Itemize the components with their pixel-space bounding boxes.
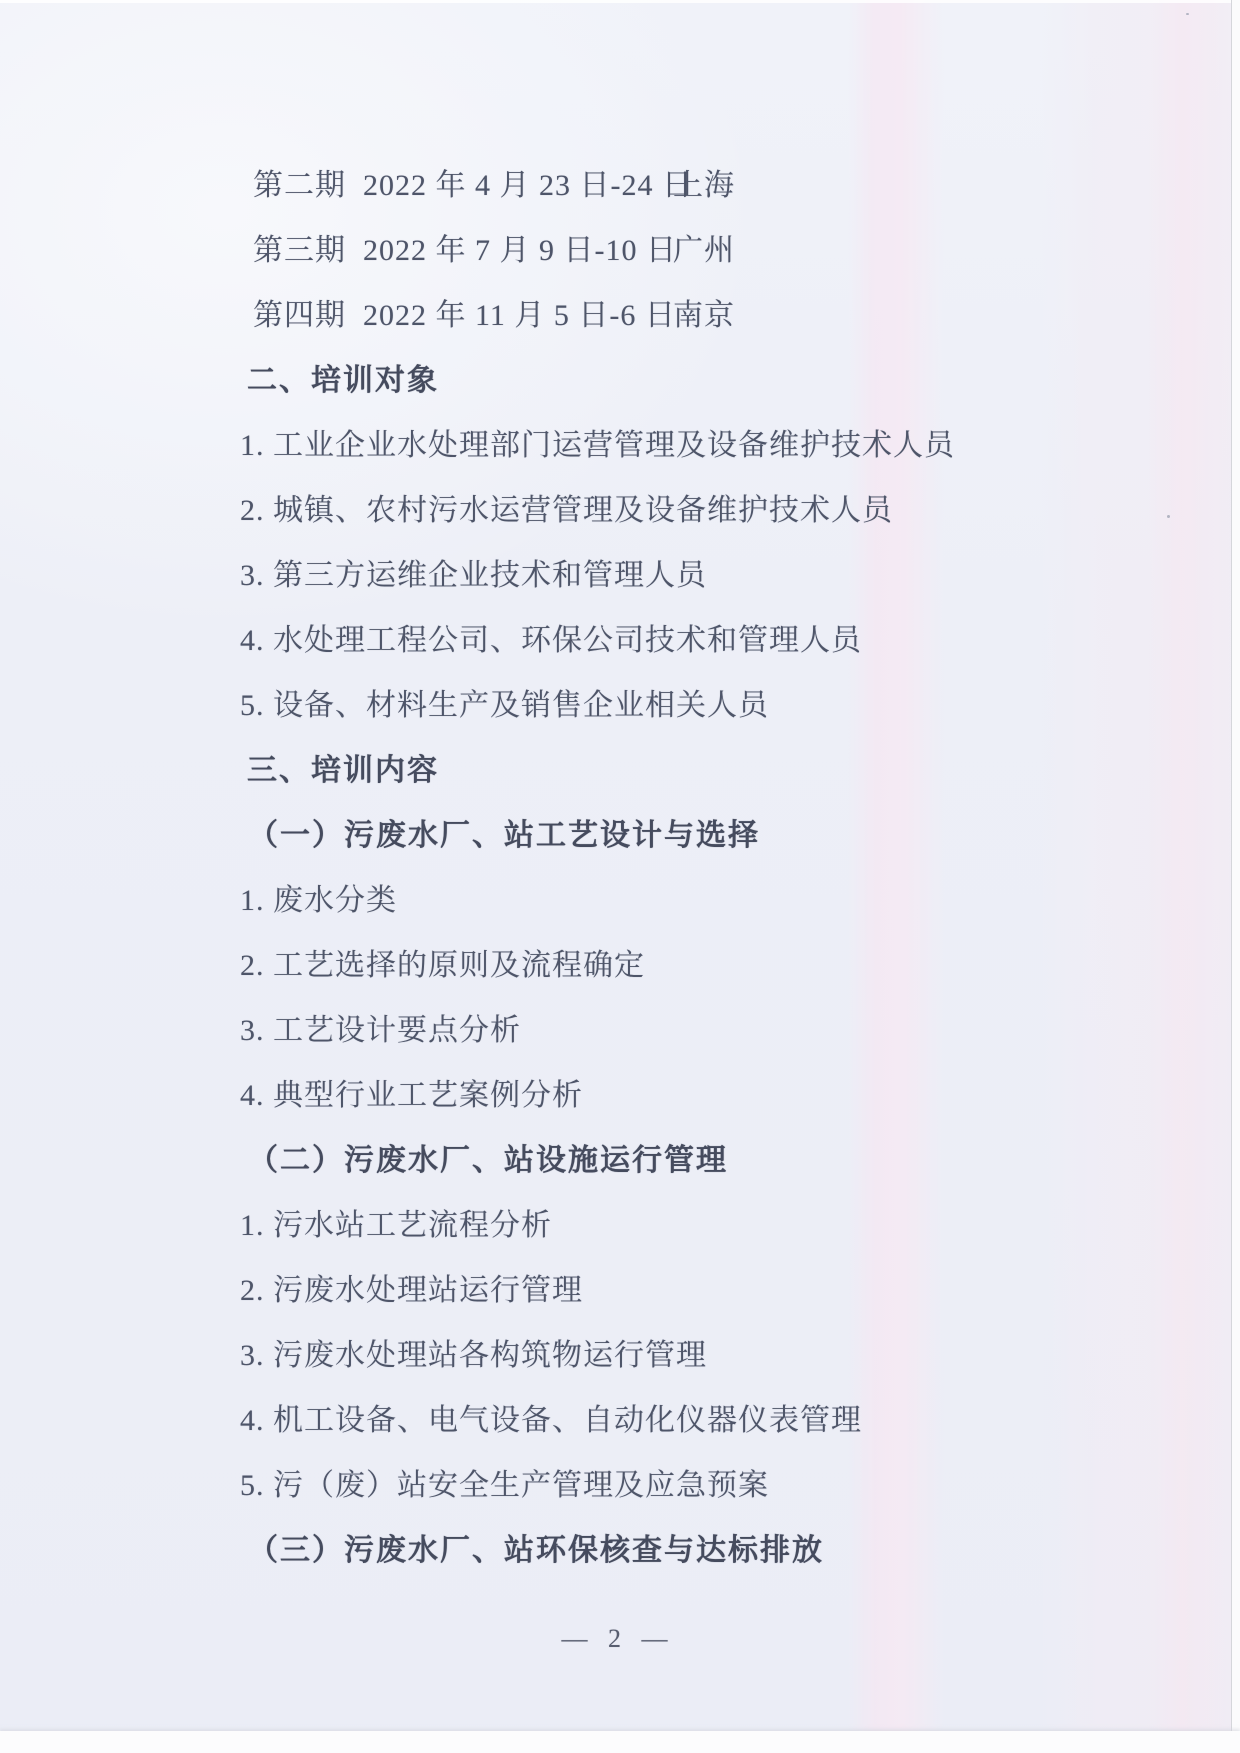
session-term: 第三期 xyxy=(253,225,363,269)
scan-artifact-pink-band xyxy=(1148,0,1232,1731)
session-row: 第三期 2022 年 7 月 9 日-10 日 广州 xyxy=(240,214,1020,279)
scan-speck xyxy=(1167,515,1170,518)
session-city: 广州 xyxy=(673,225,735,269)
session-term: 第四期 xyxy=(253,290,363,334)
page-number: — 2 — xyxy=(0,1624,1232,1654)
subsection-heading-environmental-compliance: （三）污废水厂、站环保核查与达标排放 xyxy=(240,1514,1020,1579)
session-city: 南京 xyxy=(673,290,735,334)
session-date: 2022 年 7 月 9 日-10 日 xyxy=(363,225,673,269)
session-date: 2022 年 11 月 5 日-6 日 xyxy=(363,290,673,334)
list-item: 2. 城镇、农村污水运营管理及设备维护技术人员 xyxy=(240,474,1020,539)
document-body: 第二期 2022 年 4 月 23 日-24 日 上海 第三期 2022 年 7… xyxy=(240,149,1020,1579)
list-item: 1. 工业企业水处理部门运营管理及设备维护技术人员 xyxy=(240,409,1020,474)
session-city: 上海 xyxy=(673,160,735,204)
list-item: 5. 设备、材料生产及销售企业相关人员 xyxy=(240,669,1020,734)
list-item: 2. 工艺选择的原则及流程确定 xyxy=(240,929,1020,994)
scanned-document-page: 第二期 2022 年 4 月 23 日-24 日 上海 第三期 2022 年 7… xyxy=(0,0,1240,1753)
list-item: 4. 典型行业工艺案例分析 xyxy=(240,1059,1020,1124)
session-term: 第二期 xyxy=(253,160,363,204)
session-date: 2022 年 4 月 23 日-24 日 xyxy=(363,160,673,204)
list-item: 4. 水处理工程公司、环保公司技术和管理人员 xyxy=(240,604,1020,669)
subsection-heading-facility-operation: （二）污废水厂、站设施运行管理 xyxy=(240,1124,1020,1189)
session-row: 第二期 2022 年 4 月 23 日-24 日 上海 xyxy=(240,149,1020,214)
subsection-heading-process-design: （一）污废水厂、站工艺设计与选择 xyxy=(240,799,1020,864)
scan-artifact-right-edge xyxy=(1231,0,1240,1753)
session-row: 第四期 2022 年 11 月 5 日-6 日 南京 xyxy=(240,279,1020,344)
section-heading-training-targets: 二、培训对象 xyxy=(240,344,1020,409)
list-item: 1. 污水站工艺流程分析 xyxy=(240,1189,1020,1254)
list-item: 4. 机工设备、电气设备、自动化仪器仪表管理 xyxy=(240,1384,1020,1449)
list-item: 3. 工艺设计要点分析 xyxy=(240,994,1020,1059)
list-item: 3. 第三方运维企业技术和管理人员 xyxy=(240,539,1020,604)
section-heading-training-content: 三、培训内容 xyxy=(240,734,1020,799)
list-item: 1. 废水分类 xyxy=(240,864,1020,929)
scan-artifact-bottom-edge xyxy=(0,1731,1240,1753)
list-item: 5. 污（废）站安全生产管理及应急预案 xyxy=(240,1449,1020,1514)
list-item: 3. 污废水处理站各构筑物运行管理 xyxy=(240,1319,1020,1384)
list-item: 2. 污废水处理站运行管理 xyxy=(240,1254,1020,1319)
scan-artifact-top-edge xyxy=(0,0,1240,3)
scan-speck xyxy=(1186,13,1189,15)
